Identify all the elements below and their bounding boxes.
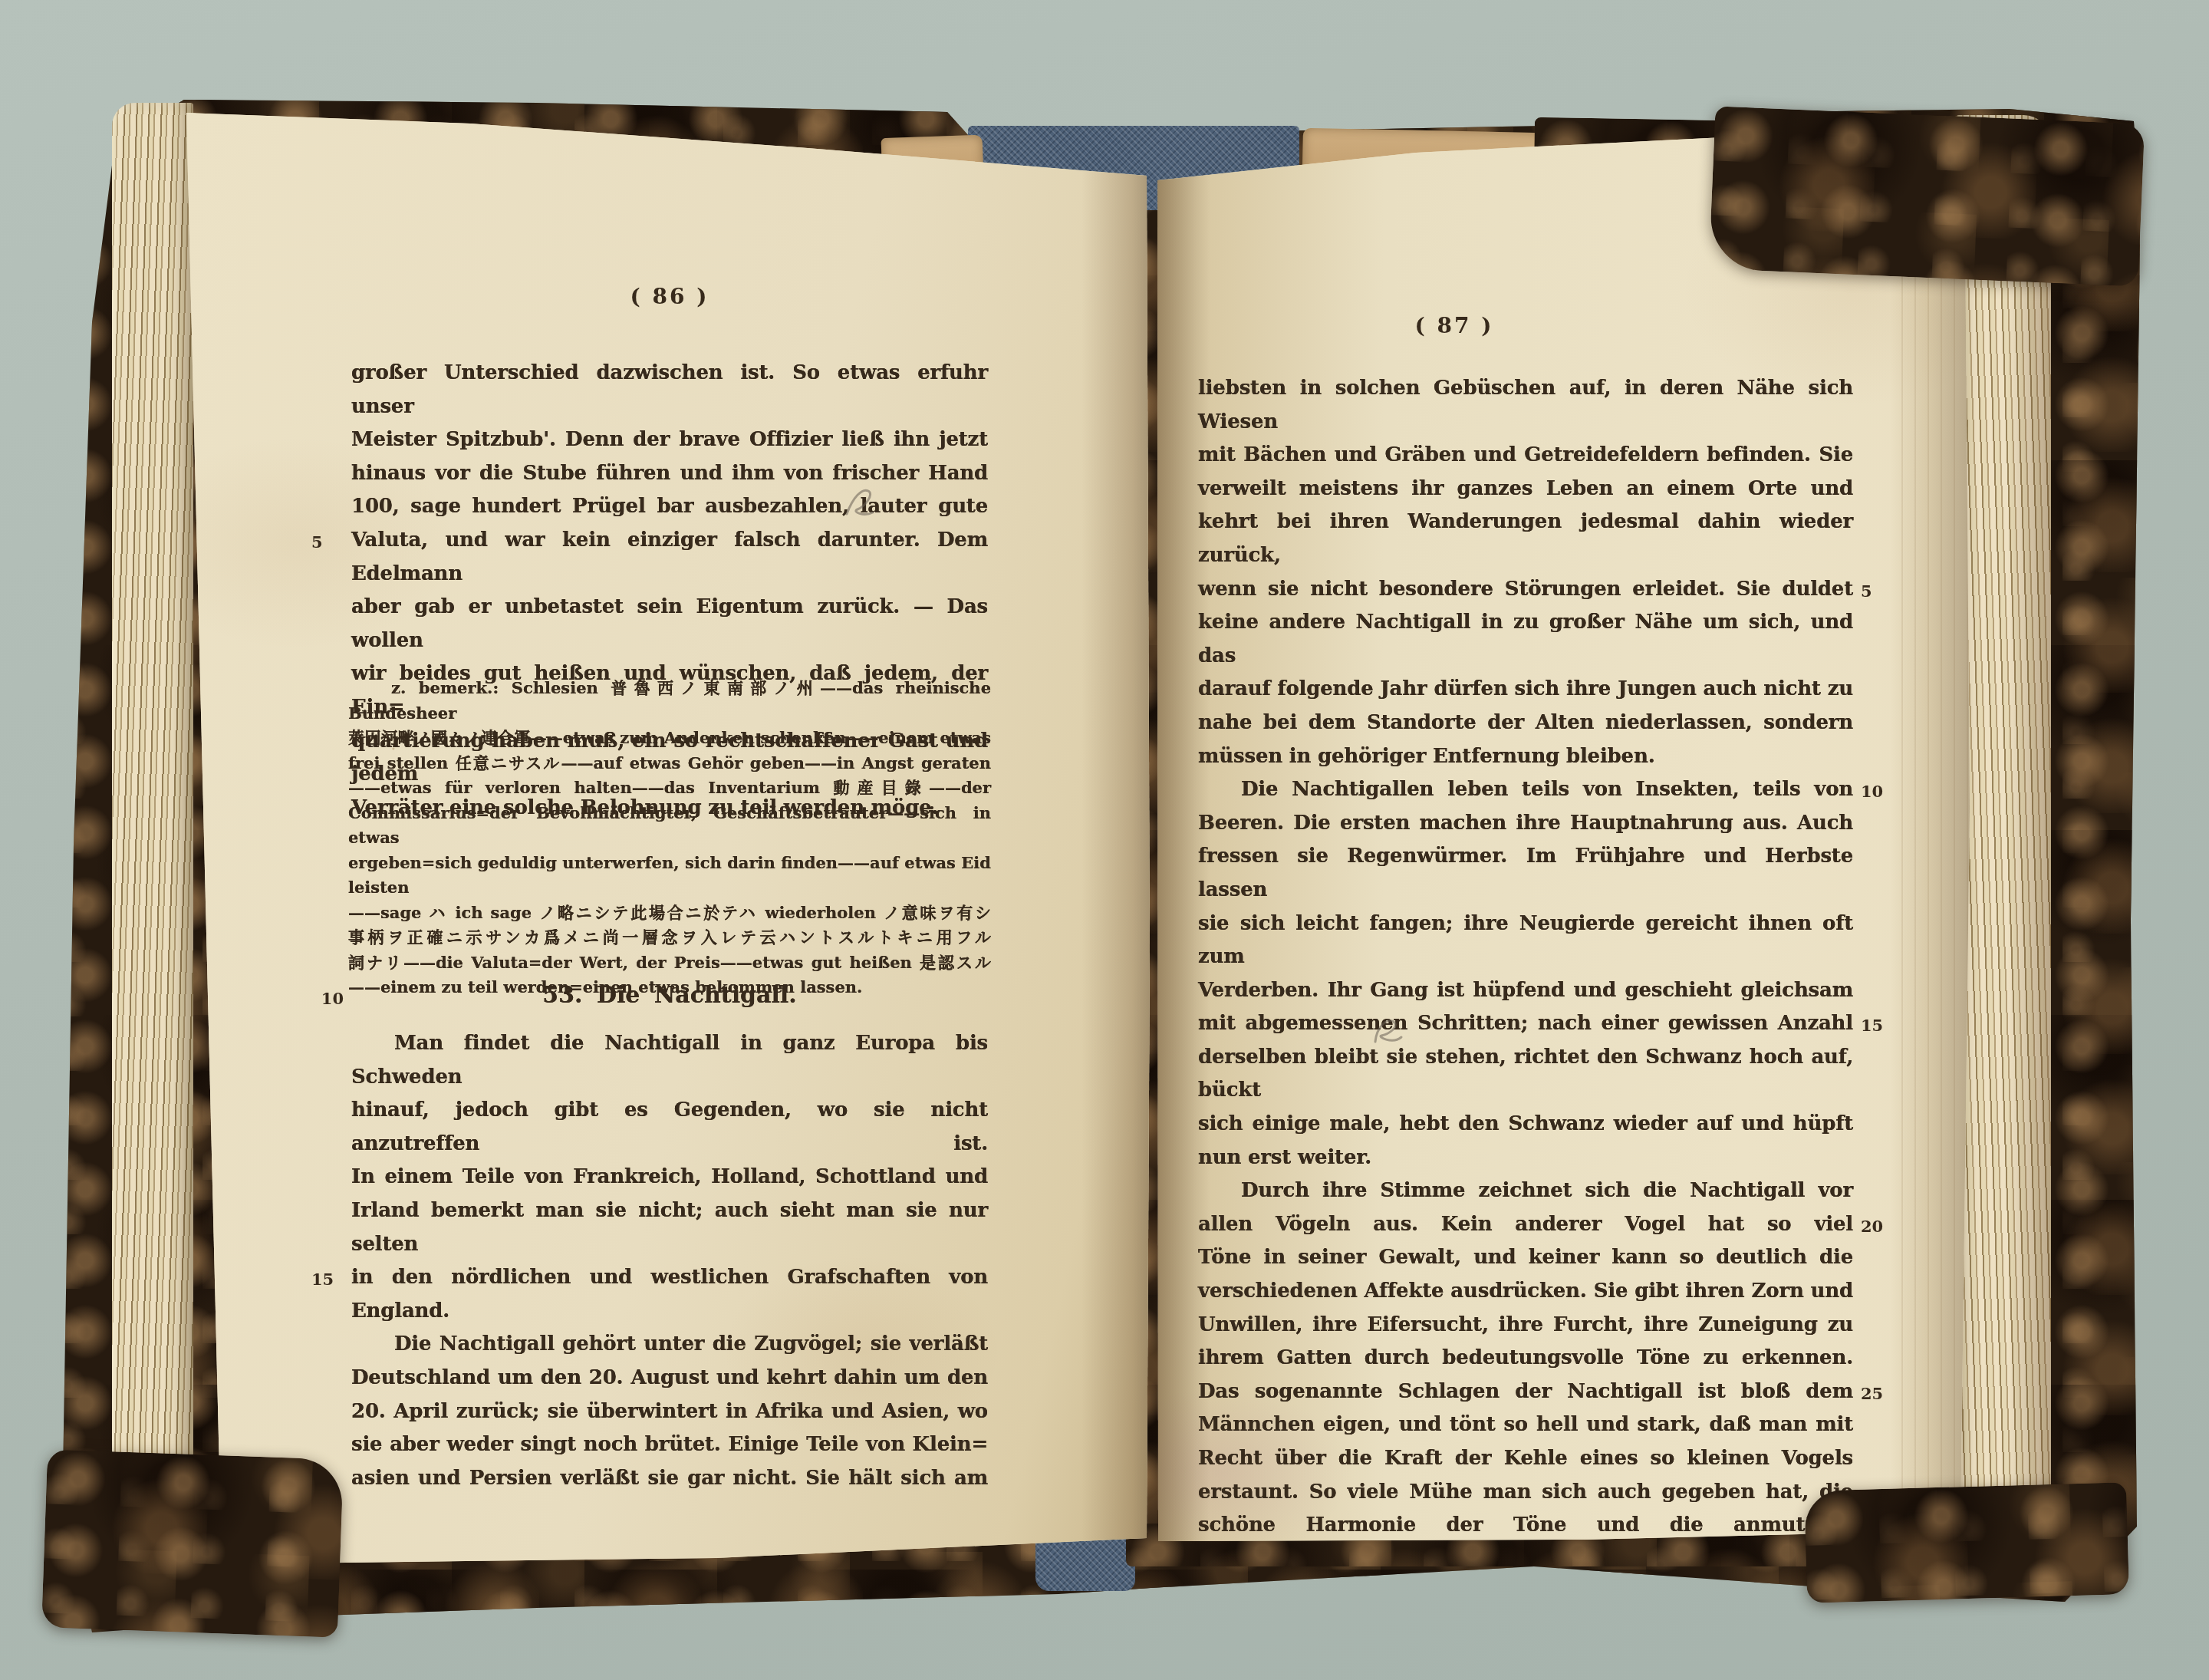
page-86-number: ( 86 )	[351, 280, 988, 314]
section-heading-text: 53. Die Nachtigall.	[542, 982, 796, 1009]
text-line: Die Nachtigall gehört unter die Zugvögel…	[351, 1328, 988, 1362]
text-line: Irland bemerkt man sie nicht; auch sieht…	[351, 1194, 988, 1261]
text-line: 100, sage hundert Prügel bar ausbezahlen…	[351, 490, 988, 524]
text-line: darauf folgende Jahr dürfen sich ihre Ju…	[1198, 673, 1853, 707]
text-line: Unwillen, ihre Eifersucht, ihre Furcht, …	[1198, 1309, 1853, 1342]
text-line: hinaus vor die Stube führen und ihm von …	[351, 457, 988, 491]
text-line: in den Strophen durch Silben und Wörter …	[1198, 1576, 1853, 1642]
pencil-mark-icon	[1369, 1014, 1407, 1051]
text-line: nun erst weiter.	[1198, 1141, 1853, 1175]
text-line: 20. April zurück; sie überwintert in Afr…	[351, 1395, 988, 1429]
text-line: 詞ナリ——die Valuta=der Wert, der Preis——etw…	[348, 950, 991, 976]
page-86: ( 86 ) großer Unterschied dazwischen ist…	[179, 102, 1154, 1572]
text-line: Verderben. Ihr Gang ist hüpfend und gesc…	[1198, 974, 1853, 1008]
page-86-paragraph-2: Man findet die Nachtigall in ganz Europa…	[351, 1027, 988, 1495]
text-line: Durch ihre Stimme zeichnet sich die Nach…	[1198, 1174, 1853, 1208]
text-line: Töne in seiner Gewalt, und keiner kann s…	[1198, 1241, 1853, 1275]
pencil-mark-icon	[842, 483, 879, 525]
page-87: ( 87 ) liebsten in solchen Gebüschen auf…	[1155, 117, 1976, 1544]
text-line: In einem Teile von Frankreich, Holland, …	[351, 1161, 988, 1194]
margin-line-number: 10	[311, 980, 344, 1018]
page-87-body: liebsten in solchen Gebüschen auf, in de…	[1198, 372, 1853, 1643]
text-line: allen Vögeln aus. Kein anderer Vogel hat…	[1198, 1208, 1853, 1242]
text-line: hinauf, jedoch gibt es Gegenden, wo sie …	[351, 1094, 988, 1161]
text-line: Commissarius=der Bevollmächtigter, Gesch…	[348, 801, 991, 851]
cover-corner-bottom-left	[41, 1449, 344, 1637]
text-line: verschiedenen Affekte ausdrücken. Sie gi…	[1198, 1275, 1853, 1309]
text-line: ihrem Gatten durch bedeutungsvolle Töne …	[1198, 1342, 1853, 1375]
text-line: sie aber weder singt noch brütet. Einige…	[351, 1428, 988, 1462]
text-line: mit abgemessenen Schritten; nach einer g…	[1198, 1007, 1853, 1041]
text-line: z. bemerk.: Schlesien 普魯西ノ東南部ノ州——das rhe…	[348, 676, 991, 726]
text-line: erstaunt. So viele Mühe man sich auch ge…	[1198, 1476, 1853, 1510]
margin-line-number: 5	[1861, 575, 1896, 608]
margin-line-number: 10	[1861, 775, 1896, 809]
text-line: kehrt bei ihren Wanderungen jedesmal dah…	[1198, 506, 1853, 572]
text-line: Deutschland um den 20. August und kehrt …	[351, 1362, 988, 1395]
margin-line-number: 20	[1861, 1210, 1896, 1244]
text-line: mit Bächen und Gräben und Getreidefelder…	[1198, 439, 1853, 473]
text-line: ——sage ハ ich sage ノ略ニシテ此場合ニ於テハ wiederhol…	[348, 901, 991, 926]
margin-line-number: 15	[311, 1263, 344, 1296]
text-line: Man findet die Nachtigall in ganz Europa…	[351, 1027, 988, 1094]
text-line: 事柄ヲ正確ニ示サンカ爲メニ尚一層念ヲ入レテ云ハントスルトキニ用フル	[348, 925, 991, 950]
page-edges-left	[112, 103, 193, 1577]
text-line: Das sogenannte Schlagen der Nachtigall i…	[1198, 1375, 1853, 1409]
text-line: Die Nachtigallen leben teils von Insekte…	[1198, 773, 1853, 807]
text-line: Beeren. Die ersten machen ihre Hauptnahr…	[1198, 807, 1853, 841]
text-line: Männchen eigen, und tönt so hell und sta…	[1198, 1408, 1853, 1442]
text-line: liebsten in solchen Gebüschen auf, in de…	[1198, 372, 1853, 439]
text-line: in den nördlichen und westlichen Grafsch…	[351, 1261, 988, 1328]
text-line: derselben bleibt sie stehen, richtet den…	[1198, 1041, 1853, 1108]
text-line: Valuta, und war kein einziger falsch dar…	[351, 524, 988, 591]
text-line: verweilt meistens ihr ganzes Leben an ei…	[1198, 473, 1853, 506]
page-86-vocabulary-notes: z. bemerk.: Schlesien 普魯西ノ東南部ノ州——das rhe…	[348, 676, 991, 1000]
text-line: wenn sie nicht besondere Störungen erlei…	[1198, 573, 1853, 607]
text-line: ——etwas für verloren halten——das Inventa…	[348, 776, 991, 801]
section-heading: 10 53. Die Nachtigall.	[351, 977, 988, 1015]
text-line: Meister Spitzbub'. Denn der brave Offizi…	[351, 423, 988, 457]
text-line: ergeben=sich geduldig unterwerfen, sich …	[348, 851, 991, 901]
text-line: sie sich leicht fangen; ihre Neugierde g…	[1198, 908, 1853, 974]
photo-backdrop: ( 86 ) großer Unterschied dazwischen ist…	[0, 0, 2209, 1680]
margin-line-number: 25	[1861, 1377, 1896, 1411]
text-line: nahe bei dem Standorte der Alten niederl…	[1198, 707, 1853, 740]
text-line: sich einige male, hebt den Schwanz wiede…	[1198, 1108, 1853, 1141]
text-line: frei stellen 任意ニサスル——auf etwas Gehör geb…	[348, 751, 991, 776]
page-87-number: ( 87 )	[1170, 309, 1738, 343]
text-line: keine andere Nachtigall in zu großer Näh…	[1198, 606, 1853, 673]
cover-corner-bottom-right	[1804, 1482, 2129, 1603]
text-line: aber gab er unbetastet sein Eigentum zur…	[351, 591, 988, 657]
text-line: Recht über die Kraft der Kehle eines so …	[1198, 1442, 1853, 1476]
text-line: fressen sie Regenwürmer. Im Frühjahre un…	[1198, 840, 1853, 907]
cover-corner-top-right	[1709, 106, 2145, 286]
text-line: 萊因河畔ノ國々ノ連合軍——etwas zum Andenken schenken…	[348, 726, 991, 751]
margin-line-number: 15	[1861, 1009, 1896, 1043]
margin-line-number: 5	[311, 525, 344, 559]
text-line: müssen in gehöriger Entfernung bleiben.	[1198, 740, 1853, 774]
text-line: großer Unterschied dazwischen ist. So et…	[351, 357, 988, 423]
text-line: asien und Persien verläßt sie gar nicht.…	[351, 1462, 988, 1496]
